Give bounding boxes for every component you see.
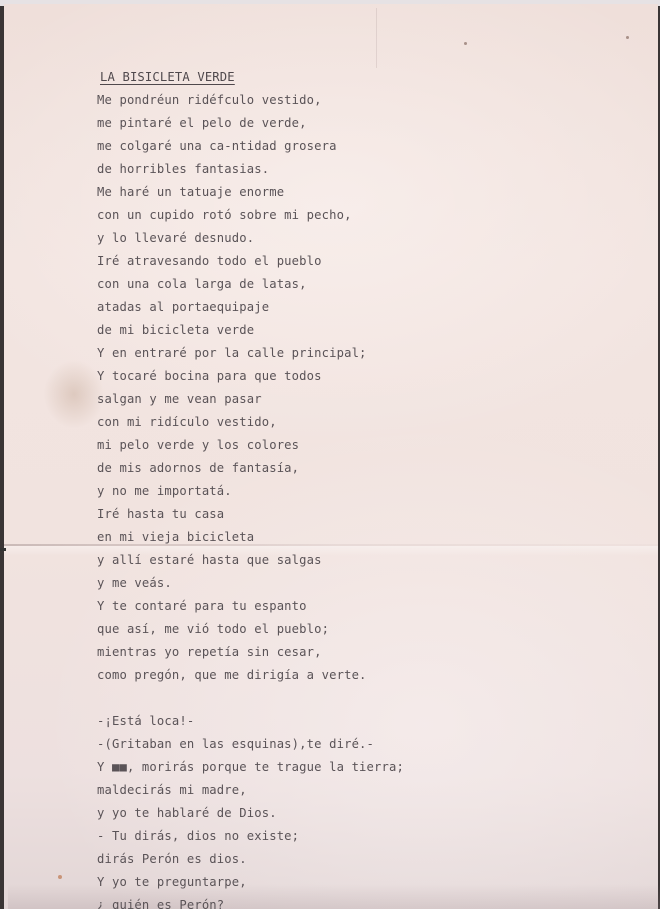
poem-line: Y te contaré para tu espanto (97, 595, 404, 618)
poem-body: LA BISICLETA VERDE Me pondréun ridéfculo… (97, 66, 404, 909)
poem-line: ¿ quién es Perón? (97, 894, 404, 909)
poem-line: y lo llevaré desnudo. (97, 227, 404, 250)
poem-line: -(Gritaban en las esquinas),te diré.- (97, 733, 404, 756)
poem-line: me pintaré el pelo de verde, (97, 112, 404, 135)
poem-line: con un cupido rotó sobre mi pecho, (97, 204, 404, 227)
stanza-break (97, 687, 404, 710)
poem-line: mientras yo repetía sin cesar, (97, 641, 404, 664)
poem-line: Y en entraré por la calle principal; (97, 342, 404, 365)
poem-line: en mi vieja bicicleta (97, 526, 404, 549)
poem-line: mi pelo verde y los colores (97, 434, 404, 457)
poem-line: y me veás. (97, 572, 404, 595)
poem-line: Iré atravesando todo el pueblo (97, 250, 404, 273)
poem-title: LA BISICLETA VERDE (97, 66, 404, 89)
poem-line: de mis adornos de fantasía, (97, 457, 404, 480)
poem-line: atadas al portaequipaje (97, 296, 404, 319)
poem-line: y yo te hablaré de Dios. (97, 802, 404, 825)
poem-line: que así, me vió todo el pueblo; (97, 618, 404, 641)
stanza-container: Me pondréun ridéfculo vestido,me pintaré… (97, 89, 404, 909)
poem-line: Me pondréun ridéfculo vestido, (97, 89, 404, 112)
poem-line: Y tocaré bocina para que todos (97, 365, 404, 388)
poem-line: me colgaré una ca-ntidad grosera (97, 135, 404, 158)
stanza: Me pondréun ridéfculo vestido,me pintaré… (97, 89, 404, 687)
poem-line: con mi ridículo vestido, (97, 411, 404, 434)
poem-line: de horribles fantasias. (97, 158, 404, 181)
poem-line: de mi bicicleta verde (97, 319, 404, 342)
poem-line: Me haré un tatuaje enorme (97, 181, 404, 204)
poem-line: Iré hasta tu casa (97, 503, 404, 526)
poem-line: dirás Perón es dios. (97, 848, 404, 871)
poem-line: -¡Está loca!- (97, 710, 404, 733)
poem-line: salgan y me vean pasar (97, 388, 404, 411)
paper-speck (464, 42, 467, 45)
paper-crease (376, 8, 377, 68)
poem-line: y allí estaré hasta que salgas (97, 549, 404, 572)
poem-line: - Tu dirás, dios no existe; (97, 825, 404, 848)
paper-speck (626, 36, 629, 39)
poem-line: Y ■■, morirás porque te trague la tierra… (97, 756, 404, 779)
poem-line: y no me importatá. (97, 480, 404, 503)
poem-line: Y yo te preguntarpe, (97, 871, 404, 894)
poem-line: como pregón, que me dirigía a verte. (97, 664, 404, 687)
fold-edge-mark (0, 548, 6, 551)
stanza: -¡Está loca!--(Gritaban en las esquinas)… (97, 710, 404, 909)
poem-line: maldecirás mi madre, (97, 779, 404, 802)
paper-speck (58, 875, 62, 879)
poem-line: con una cola larga de latas, (97, 273, 404, 296)
